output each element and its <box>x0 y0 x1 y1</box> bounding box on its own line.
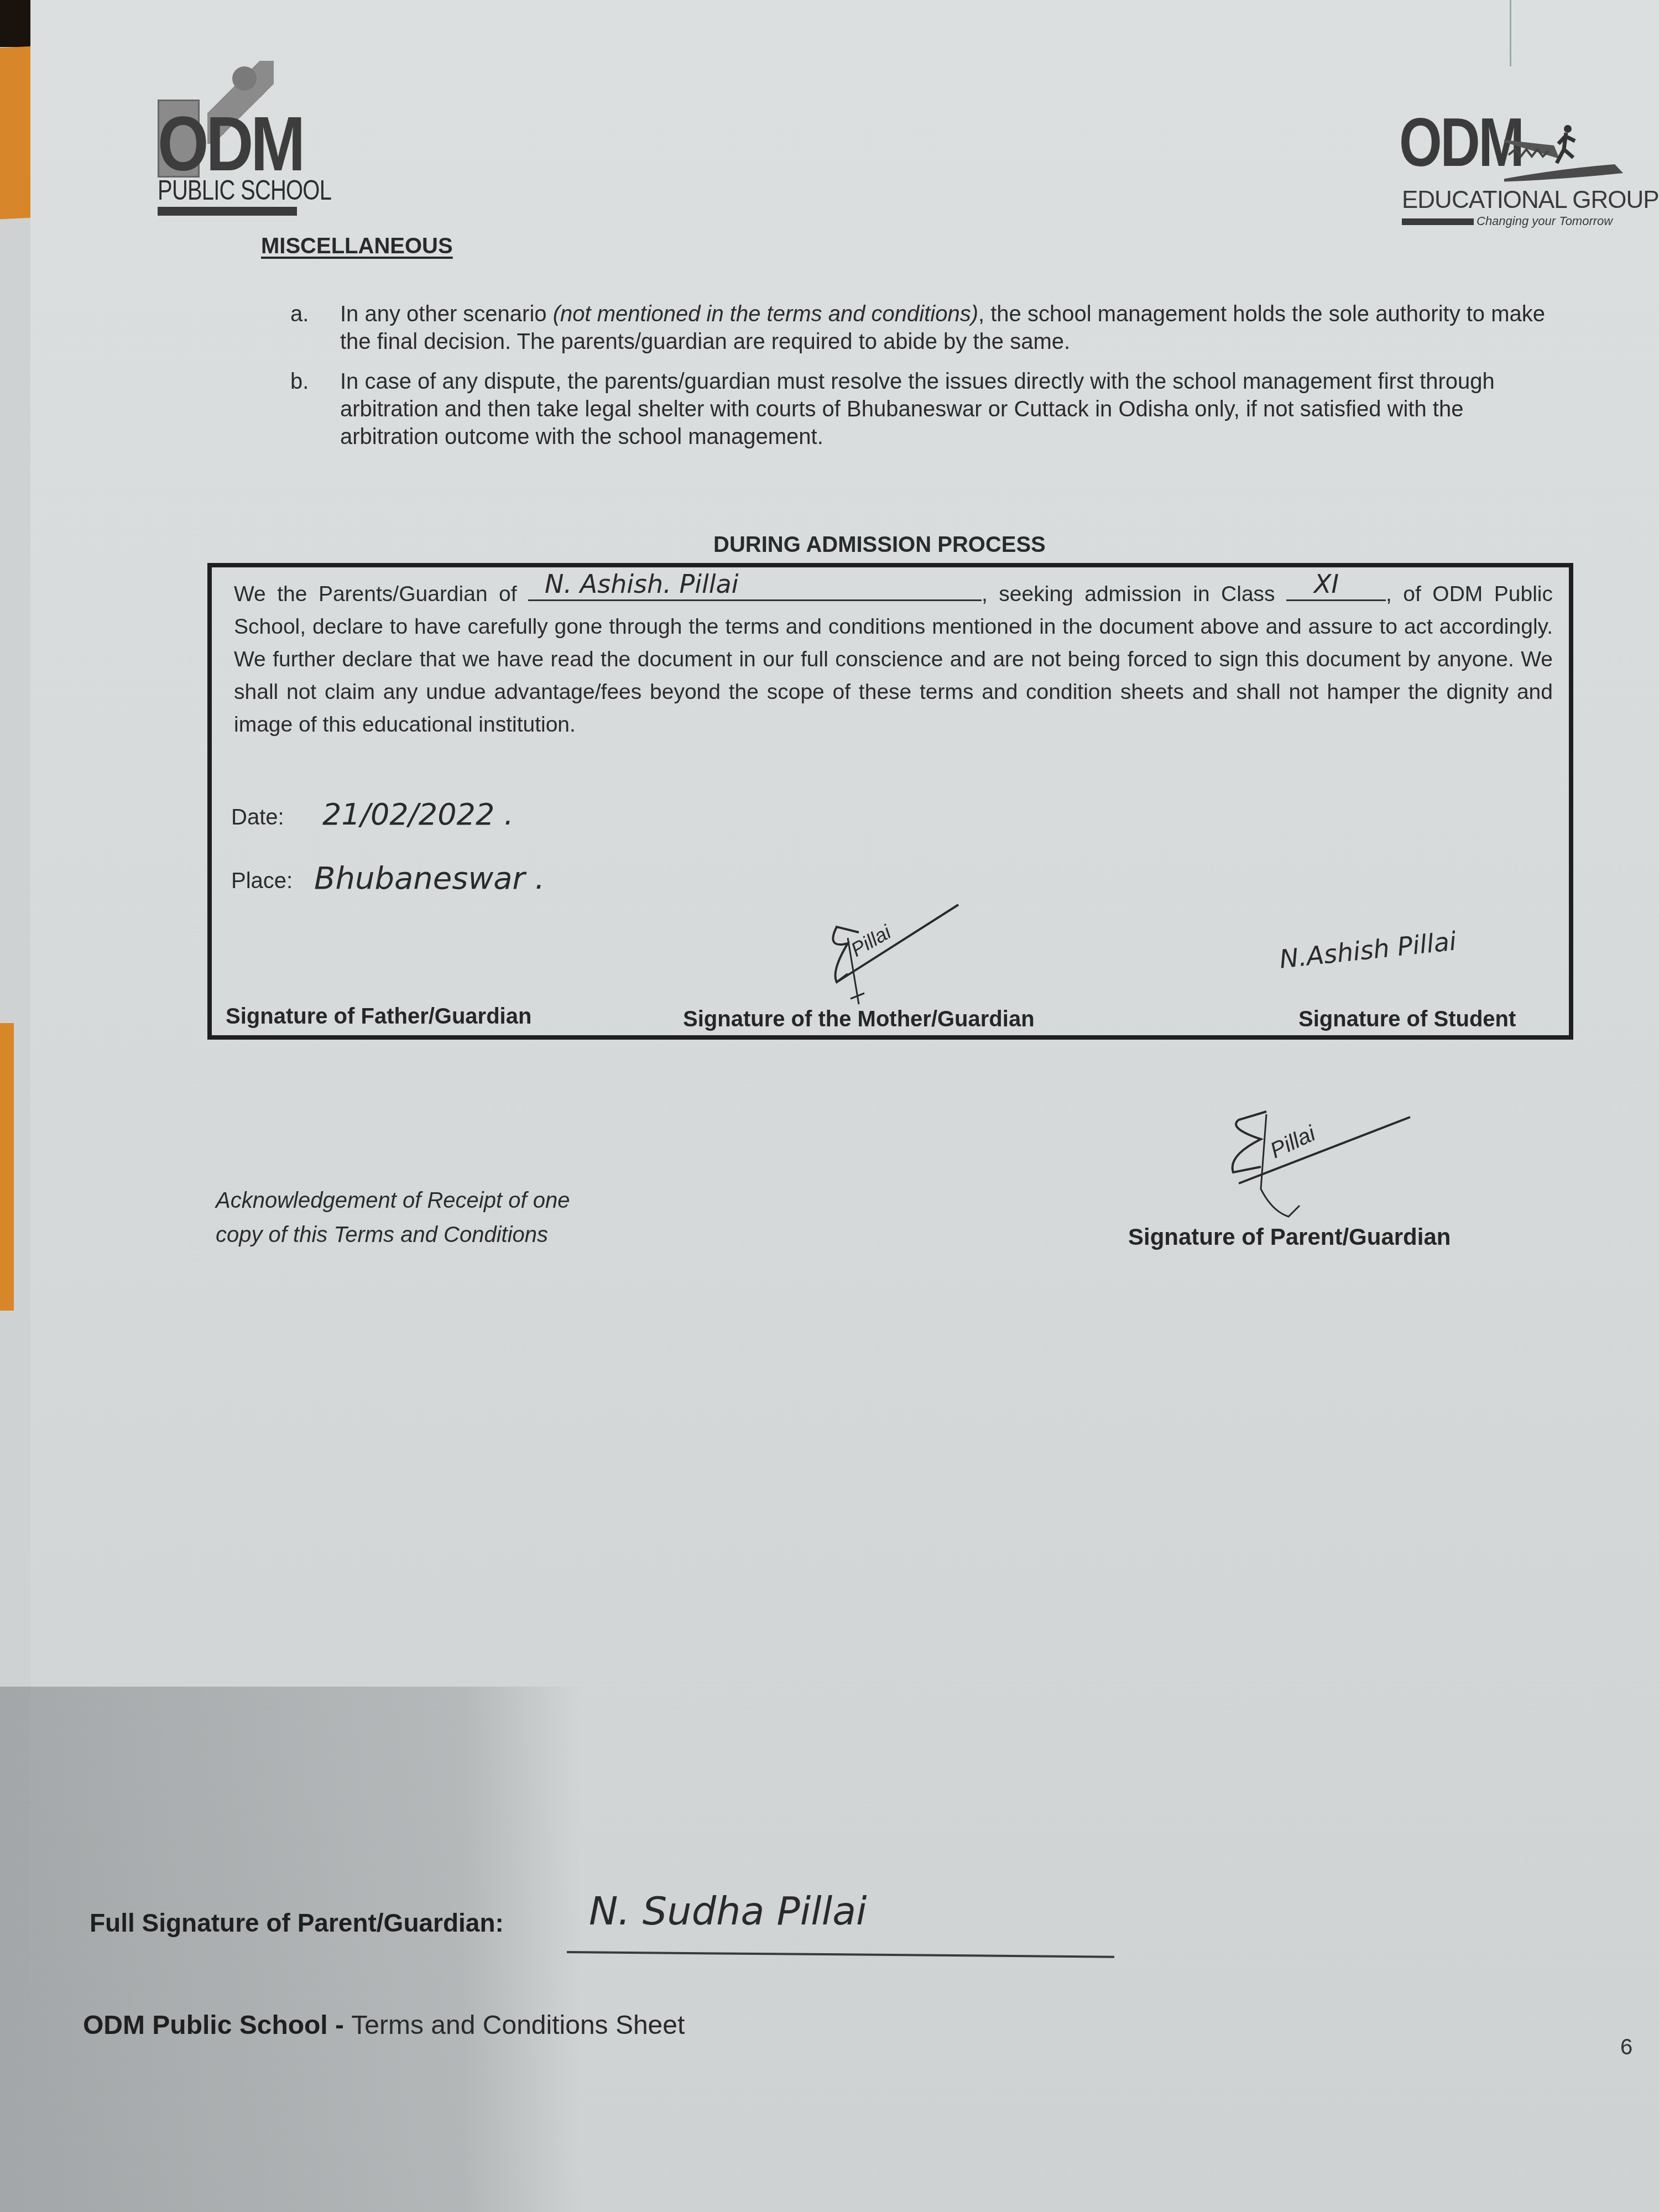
parent-signature-text: Pillai <box>1266 1121 1319 1163</box>
student-signature-label: Signature of Student <box>1298 1007 1516 1032</box>
text-segment: In any other scenario <box>340 302 553 326</box>
footer-document-name: Terms and Conditions Sheet <box>351 2011 685 2040</box>
page-footer: ODM Public School - Terms and Conditions… <box>83 2010 685 2041</box>
student-signature-value[interactable]: N.Ashish Pillai <box>1278 926 1458 974</box>
paper-crease <box>1510 0 1511 66</box>
footer-school-name: ODM Public School <box>83 2011 328 2040</box>
declaration-box: We the Parents/Guardian of N. Ashish. Pi… <box>207 563 1573 1040</box>
student-name-field[interactable]: N. Ashish. Pillai <box>528 577 982 601</box>
logo-mark: ODM <box>158 105 302 182</box>
class-field[interactable]: XI <box>1286 577 1386 601</box>
logo-bar <box>158 207 297 216</box>
odm-public-school-logo: ODM PUBLIC SCHOOL <box>155 61 299 216</box>
logo-tagline: Changing your Tomorrow <box>1477 214 1613 228</box>
place-label: Place: <box>231 869 293 894</box>
list-item-letter: b. <box>290 368 309 395</box>
father-signature-label: Signature of Father/Guardian <box>226 1004 531 1029</box>
mother-signature-text: Pillai <box>847 920 895 961</box>
odm-educational-group-logo: ODM EDUCATIONAL GROUP Changing your Tomo… <box>1399 108 1631 229</box>
full-signature-label: Full Signature of Parent/Guardian: <box>90 1908 504 1938</box>
place-value[interactable]: Bhubaneswar . <box>314 860 545 896</box>
logo-bar <box>1402 218 1474 225</box>
runner-icon <box>1504 124 1631 185</box>
mother-signature-icon: Pillai <box>826 905 969 1010</box>
footer-separator: - <box>328 2011 352 2040</box>
text-segment: We the Parents/Guardian of <box>234 582 517 606</box>
list-item-letter: a. <box>290 300 309 328</box>
date-label: Date: <box>231 805 284 830</box>
acknowledgement-line: Acknowledgement of Receipt of one <box>216 1183 570 1218</box>
declaration-text: We the Parents/Guardian of N. Ashish. Pi… <box>234 577 1553 741</box>
mother-signature-label: Signature of the Mother/Guardian <box>683 1007 1035 1032</box>
background-orange-surface <box>0 46 33 219</box>
parent-signature-icon: Pillai <box>1228 1106 1427 1228</box>
logo-school-name: PUBLIC SCHOOL <box>158 174 331 206</box>
section-heading-miscellaneous: MISCELLANEOUS <box>261 234 453 259</box>
student-name-value: N. Ashish. Pillai <box>545 568 738 601</box>
background-dark-surface <box>0 0 30 47</box>
person-head-icon <box>232 66 257 91</box>
acknowledgement-line: copy of this Terms and Conditions <box>216 1218 570 1252</box>
logo-group-name: EDUCATIONAL GROUP <box>1402 186 1659 214</box>
date-value[interactable]: 21/02/2022 . <box>322 797 514 832</box>
section-heading-admission: DURING ADMISSION PROCESS <box>713 533 1046 557</box>
page-number: 6 <box>1620 2035 1632 2060</box>
list-item-text: In any other scenario (not mentioned in … <box>340 300 1546 356</box>
parent-signature-label: Signature of Parent/Guardian <box>1128 1224 1451 1250</box>
acknowledgement-text: Acknowledgement of Receipt of one copy o… <box>216 1183 570 1252</box>
list-item-text: In case of any dispute, the parents/guar… <box>340 368 1546 451</box>
full-signature-value[interactable]: N. Sudha Pillai <box>589 1888 867 1934</box>
text-segment: , seeking admission in Class <box>982 582 1275 606</box>
shadow-overlay <box>0 1687 581 2212</box>
text-segment-italic: (not mentioned in the terms and conditio… <box>553 302 978 326</box>
background-orange-surface-lower <box>0 1023 14 1311</box>
class-value: XI <box>1314 568 1339 601</box>
